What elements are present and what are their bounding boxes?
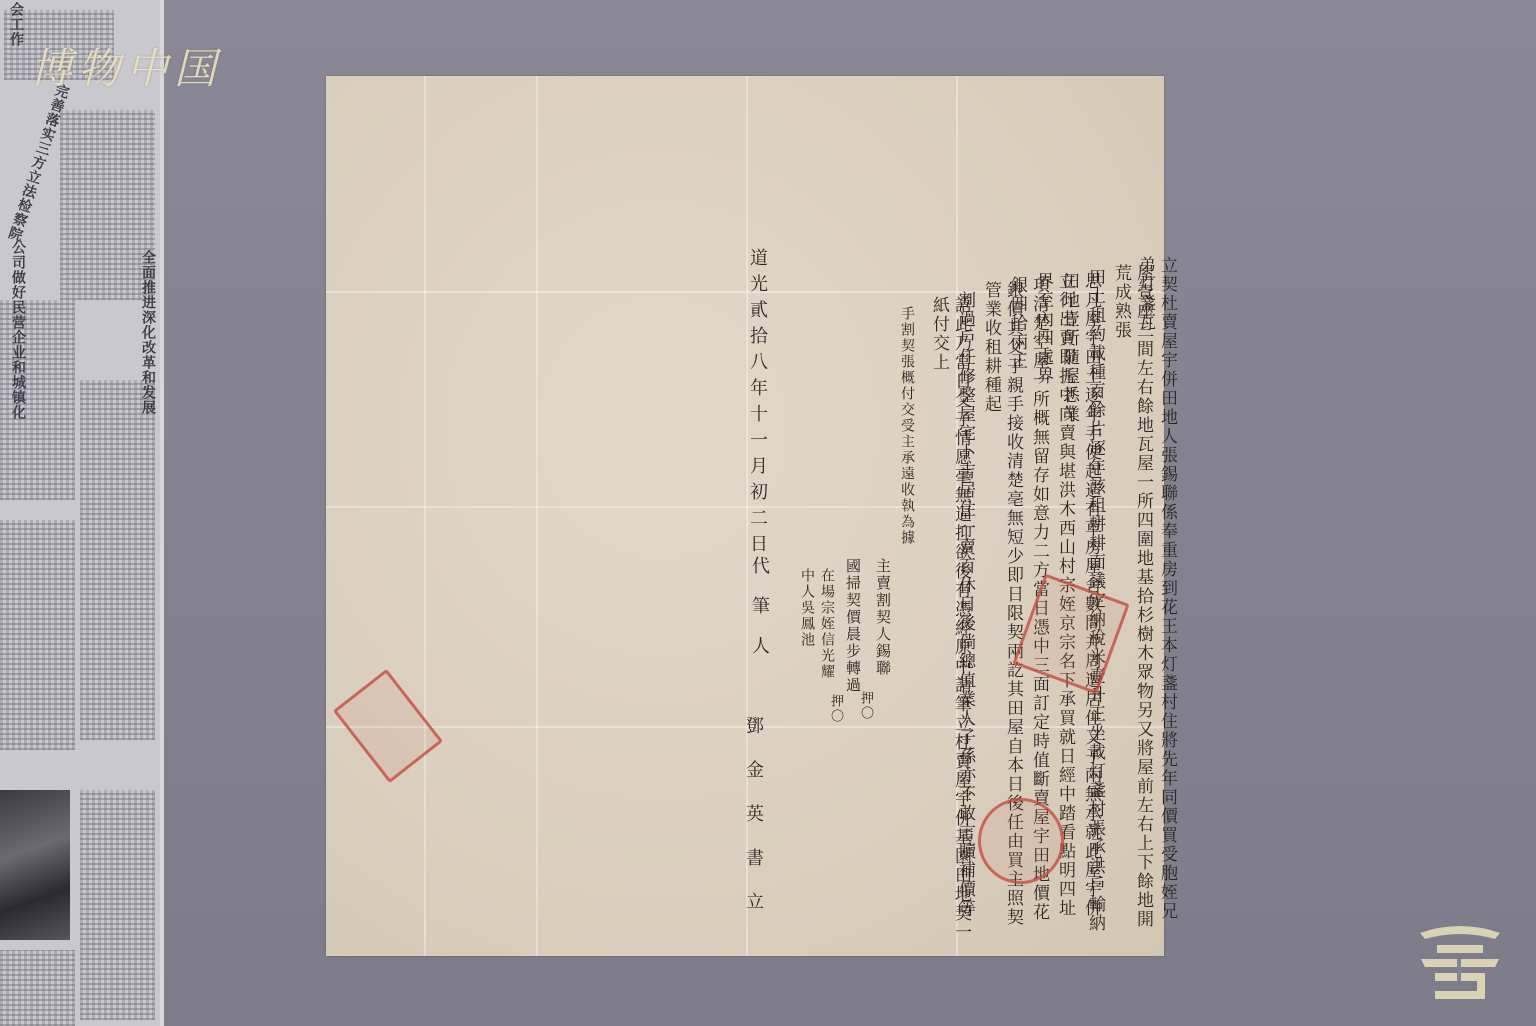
deed-text-column: 語此乃當日父子情愿毫無逼抑欲後有憑經原中請筆立杜賣屋宇併基園田地契一紙付交上 xyxy=(928,296,972,946)
newspaper-headline: 公司做好民营企业和城镇化 xyxy=(8,240,28,420)
agent-mark: 押〇 xyxy=(854,691,876,731)
newspaper-photo xyxy=(0,790,70,940)
newspaper-background: 会工作 完善落实三方立法检察院 公司做好民营企业和城镇化 全面推进深化改革和发展 xyxy=(0,0,164,1026)
writer-name: 鄧金英書立 xyxy=(742,716,764,956)
land-deed-document: 立契杜賣屋宇併田地人張錫聯係奉重房到花王本灯盞村住將先年同價買受胞姪兄弟灯盞瓦 … xyxy=(326,76,1164,956)
red-seal-stamp xyxy=(333,669,443,783)
witness-signature: 在場宗姪信光耀 xyxy=(816,568,838,698)
watermark-logo: 博物中国 xyxy=(30,36,222,96)
newspaper-headline: 全面推进深化改革和发展 xyxy=(138,250,158,415)
museum-pavilion-logo-icon xyxy=(1415,915,1505,1005)
newspaper-headline: 会工作 xyxy=(6,2,26,47)
writer-label: 代筆人 xyxy=(748,556,770,676)
witness-mark: 押〇 xyxy=(824,694,846,734)
deed-text-column: 手割契張概付交受主承遠收執為據 xyxy=(896,306,918,666)
middleman-signature: 中人吳鳳池 xyxy=(796,568,818,678)
deed-date: 道光貳拾八年十一月初二日 xyxy=(746,248,768,578)
